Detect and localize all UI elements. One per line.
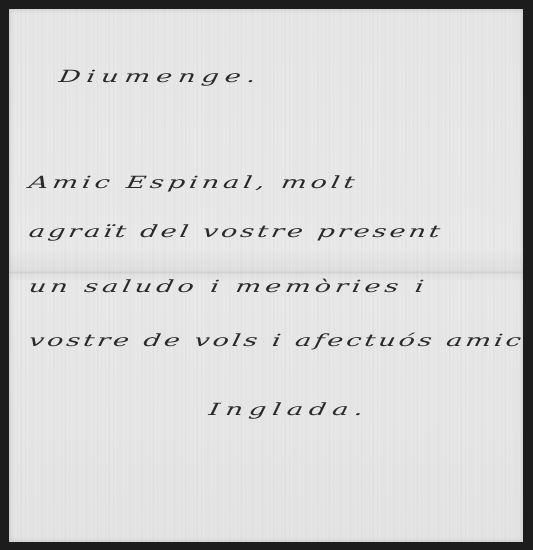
letter-line-3: un saludo i memòries i bbox=[27, 277, 429, 296]
letter-line-1: Amic Espinal, molt bbox=[27, 173, 360, 192]
letter-paper: Diumenge. Amic Espinal, molt agraït del … bbox=[9, 9, 523, 542]
scanned-letter: Diumenge. Amic Espinal, molt agraït del … bbox=[0, 0, 533, 550]
fold-crease bbox=[9, 271, 523, 274]
letter-date: Diumenge. bbox=[57, 67, 263, 86]
letter-signature: Inglada. bbox=[207, 400, 370, 419]
letter-line-2: agraït del vostre present bbox=[27, 222, 444, 241]
letter-line-4: vostre de vols i afectuós amic bbox=[27, 331, 525, 350]
